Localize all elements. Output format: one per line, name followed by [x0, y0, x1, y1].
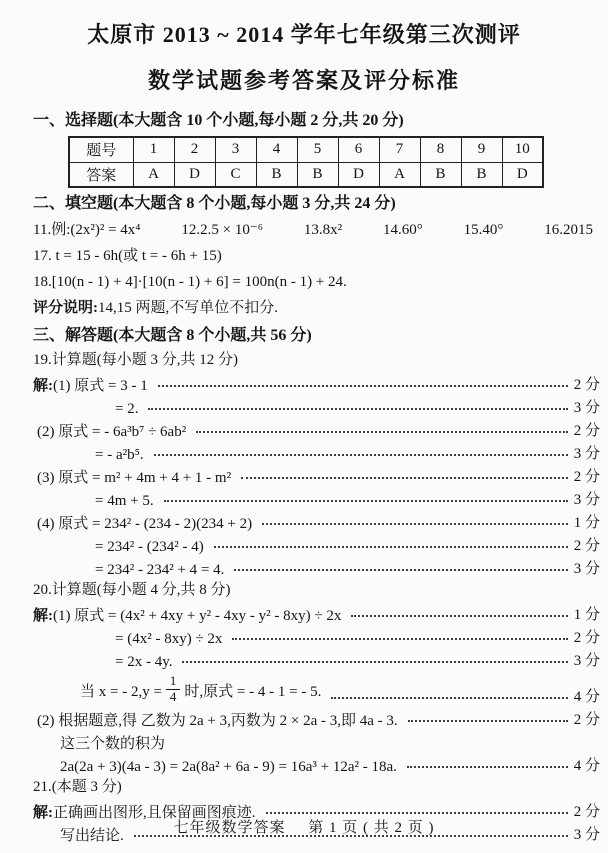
fill-answer: 16.2015	[544, 217, 593, 243]
score-label: 4 分	[574, 685, 600, 707]
section-choice-heading: 一、选择题(本大题含 10 个小题,每小题 2 分,共 20 分)	[33, 108, 600, 134]
question-number: 7	[379, 137, 420, 162]
solution-text: = 2.	[115, 401, 138, 418]
footer-doc-name: 七年级数学答案	[173, 820, 285, 836]
question-number: 8	[420, 137, 461, 162]
solution-line: (3) 原式 = m² + 4m + 4 + 1 - m² 2 分	[33, 464, 600, 487]
solution-text: = - a²b⁵.	[95, 447, 144, 464]
solution-text: 时,原式 = - 4 - 1 = - 5.	[184, 680, 321, 701]
fill-answer: 15.40°	[464, 217, 504, 243]
fill-answer-17: 17. t = 15 - 6h(或 t = - 6h + 15)	[33, 243, 600, 269]
solution-text: = 2x - 4y.	[115, 654, 172, 671]
solution-line: = 234² - (234² - 4) 2 分	[33, 533, 600, 556]
dotted-leader	[351, 615, 567, 617]
answer-cell: B	[256, 162, 297, 187]
question-number: 2	[174, 137, 215, 162]
solution-text: 这三个数的积为	[60, 732, 165, 753]
solution-line: 解: (1) 原式 = (4x² + 4xy + y² - 4xy - y² -…	[33, 602, 600, 625]
section-solve-heading: 三、解答题(本大题含 8 个小题,共 56 分)	[33, 323, 600, 349]
score-label: 3 分	[574, 488, 600, 510]
score-label: 2 分	[574, 708, 600, 730]
document-header: 太原市 2013 ~ 2014 学年七年级第三次测评 数学试题参考答案及评分标准	[33, 18, 575, 95]
score-label: 2 分	[574, 419, 600, 441]
solution-line: (2) 根据题意,得 乙数为 2a + 3,丙数为 2 × 2a - 3,即 4…	[33, 707, 600, 730]
page-footer: 七年级数学答案 第 1 页 ( 共 2 页 )	[0, 816, 608, 837]
grading-note-text: 14,15 两题,不写单位不扣分.	[98, 300, 278, 316]
question-number: 3	[215, 137, 256, 162]
answer-cell: D	[338, 162, 379, 187]
dotted-leader	[408, 720, 568, 722]
dotted-leader	[262, 523, 568, 525]
score-label: 3 分	[574, 442, 600, 464]
dotted-leader	[407, 766, 568, 768]
solution-text: = 234² - 234² + 4 = 4.	[95, 562, 224, 579]
solution-line: (2) 原式 = - 6a³b⁷ ÷ 6ab² 2 分	[33, 418, 600, 441]
solution-line: = 2. 3 分	[33, 395, 600, 418]
solve-prefix: 解:	[33, 374, 53, 395]
dotted-leader	[148, 408, 567, 410]
solution-text: (1) 原式 = 3 - 1	[53, 374, 148, 395]
solution-text: 2a(2a + 3)(4a - 3) = 2a(8a² + 6a - 9) = …	[60, 759, 397, 776]
solution-line: = 4m + 5. 3 分	[33, 487, 600, 510]
dotted-leader	[182, 661, 567, 663]
solution-text: (2) 原式 = - 6a³b⁷ ÷ 6ab²	[37, 420, 186, 441]
fill-answers-11-16: 11.例:(2x²)² = 4x⁴ 12.2.5 × 10⁻⁶ 13.8x² 1…	[33, 217, 593, 243]
document-subtitle: 数学试题参考答案及评分标准	[33, 64, 575, 95]
dotted-leader	[241, 477, 568, 479]
solution-line: 这三个数的积为	[33, 730, 600, 753]
solution-text: 当 x = - 2,y =	[80, 680, 162, 701]
dotted-leader	[234, 569, 567, 571]
solution-line: = 234² - 234² + 4 = 4. 3 分	[33, 556, 600, 579]
score-label: 1 分	[574, 511, 600, 533]
question-number: 10	[502, 137, 543, 162]
answer-cell: B	[420, 162, 461, 187]
dotted-leader	[158, 385, 568, 387]
table-row: 答案 A D C B B D A B B D	[69, 162, 543, 187]
score-label: 2 分	[574, 373, 600, 395]
solution-line: 解: (1) 原式 = 3 - 1 2 分	[33, 372, 600, 395]
question-21-title: 21.(本题 3 分)	[33, 776, 600, 799]
solution-line: 2a(2a + 3)(4a - 3) = 2a(8a² + 6a - 9) = …	[33, 753, 600, 776]
answer-cell: A	[133, 162, 174, 187]
solution-line: (4) 原式 = 234² - (234 - 2)(234 + 2) 1 分	[33, 510, 600, 533]
score-label: 1 分	[574, 603, 600, 625]
dotted-leader	[214, 546, 568, 548]
answer-cell: A	[379, 162, 420, 187]
dotted-leader	[196, 431, 568, 433]
fraction: 1 4	[166, 674, 181, 705]
fill-answer: 12.2.5 × 10⁻⁶	[181, 217, 263, 243]
dotted-leader	[232, 638, 567, 640]
solution-text: (1) 原式 = (4x² + 4xy + y² - 4xy - y² - 8x…	[53, 604, 341, 625]
answer-cell: B	[297, 162, 338, 187]
section-fill-heading: 二、填空题(本大题含 8 个小题,每小题 3 分,共 24 分)	[33, 191, 600, 217]
score-label: 2 分	[574, 534, 600, 556]
score-label: 3 分	[574, 396, 600, 418]
score-label: 3 分	[574, 649, 600, 671]
question-number: 9	[461, 137, 502, 162]
grading-note-label: 评分说明:	[33, 300, 98, 316]
table-header-answer: 答案	[69, 162, 133, 187]
solution-line-with-fraction: 当 x = - 2,y = 1 4 时,原式 = - 4 - 1 = - 5. …	[33, 671, 600, 707]
fraction-expression: 当 x = - 2,y = 1 4 时,原式 = - 4 - 1 = - 5.	[80, 674, 321, 707]
fraction-numerator: 1	[166, 674, 181, 690]
answer-cell: B	[461, 162, 502, 187]
choice-answer-table: 题号 1 2 3 4 5 6 7 8 9 10 答案 A D C B B D A…	[68, 136, 544, 188]
score-label: 3 分	[574, 557, 600, 579]
table-row: 题号 1 2 3 4 5 6 7 8 9 10	[69, 137, 543, 162]
question-number: 4	[256, 137, 297, 162]
solution-text: (3) 原式 = m² + 4m + 4 + 1 - m²	[37, 466, 231, 487]
solution-line: = - a²b⁵. 3 分	[33, 441, 600, 464]
solution-line: = (4x² - 8xy) ÷ 2x 2 分	[33, 625, 600, 648]
solution-line: = 2x - 4y. 3 分	[33, 648, 600, 671]
answer-key-page: 太原市 2013 ~ 2014 学年七年级第三次测评 数学试题参考答案及评分标准…	[0, 0, 608, 853]
score-label: 2 分	[574, 465, 600, 487]
dotted-leader	[154, 454, 568, 456]
question-number: 5	[297, 137, 338, 162]
document-title: 太原市 2013 ~ 2014 学年七年级第三次测评	[33, 18, 575, 49]
solution-text: = 4m + 5.	[95, 493, 154, 510]
solution-text: = 234² - (234² - 4)	[95, 539, 204, 556]
answer-cell: D	[174, 162, 215, 187]
solution-text: (4) 原式 = 234² - (234 - 2)(234 + 2)	[37, 512, 252, 533]
question-number: 1	[133, 137, 174, 162]
fill-answer: 13.8x²	[304, 217, 342, 243]
fraction-denominator: 4	[166, 690, 181, 705]
dotted-leader	[164, 500, 568, 502]
score-label: 2 分	[574, 626, 600, 648]
fill-answer: 11.例:(2x²)² = 4x⁴	[33, 217, 141, 243]
answer-cell: D	[502, 162, 543, 187]
fill-answer: 14.60°	[383, 217, 423, 243]
question-19-title: 19.计算题(每小题 3 分,共 12 分)	[33, 349, 600, 372]
answer-cell: C	[215, 162, 256, 187]
dotted-leader	[331, 697, 567, 699]
dotted-leader	[266, 812, 568, 814]
question-number: 6	[338, 137, 379, 162]
solve-prefix: 解:	[33, 604, 53, 625]
fill-answer-18: 18.[10(n - 1) + 4]·[10(n - 1) + 6] = 100…	[33, 269, 600, 295]
footer-page-number: 第 1 页 ( 共 2 页 )	[308, 820, 434, 836]
question-20-title: 20.计算题(每小题 4 分,共 8 分)	[33, 579, 600, 602]
solution-text: = (4x² - 8xy) ÷ 2x	[115, 631, 222, 648]
table-header-number: 题号	[69, 137, 133, 162]
solution-text: (2) 根据题意,得 乙数为 2a + 3,丙数为 2 × 2a - 3,即 4…	[37, 709, 398, 730]
score-label: 4 分	[574, 754, 600, 776]
grading-note: 评分说明:14,15 两题,不写单位不扣分.	[33, 295, 600, 321]
